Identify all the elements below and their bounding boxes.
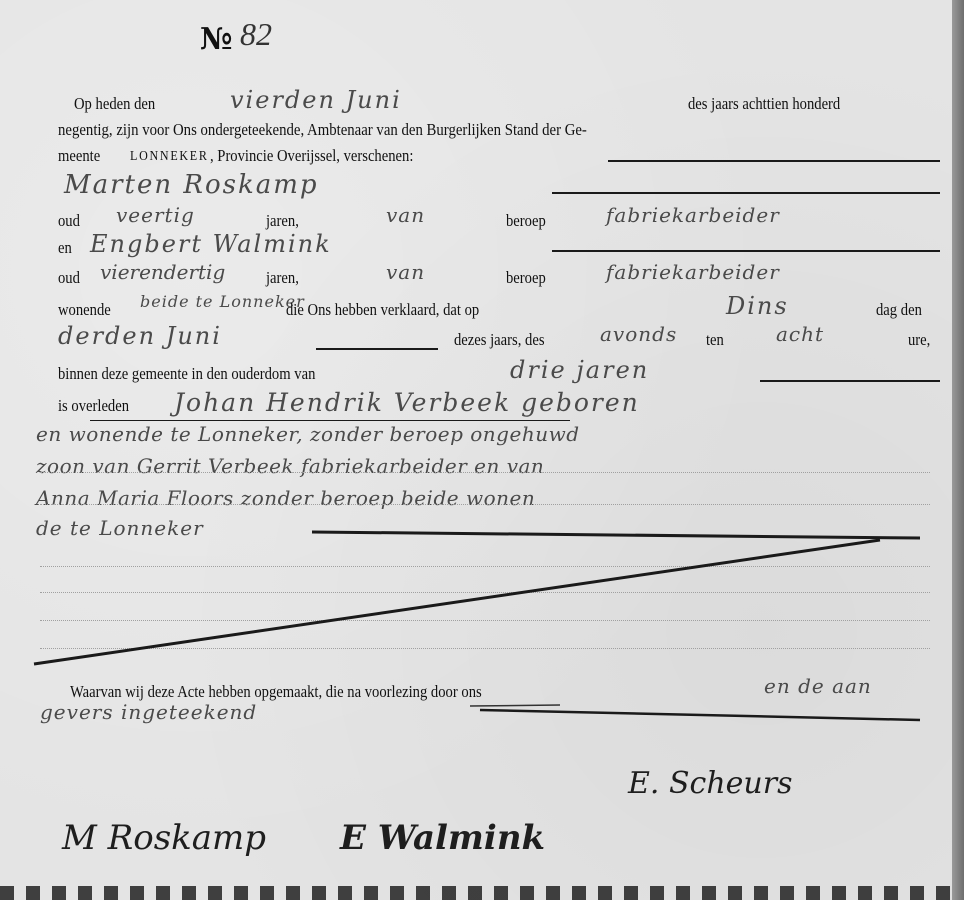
signature-declarant-2: E Walmink (340, 818, 545, 858)
signature-declarant-1: M Roskamp (62, 818, 266, 858)
printed-text: Waarvan wij deze Acte hebben opgemaakt, … (70, 682, 482, 702)
strike-through-mark (0, 0, 952, 900)
handwritten-text: gevers ingeteekend (40, 700, 257, 724)
signature-official: E. Scheurs (628, 766, 792, 801)
civil-record-page: № 82 Op heden den vierden Juni des jaars… (0, 0, 952, 900)
next-record-edge (0, 886, 952, 900)
page-binding-edge (952, 0, 964, 900)
line-closing-2: gevers ingeteekend (40, 702, 932, 732)
handwritten-text: en de aan (764, 674, 872, 698)
